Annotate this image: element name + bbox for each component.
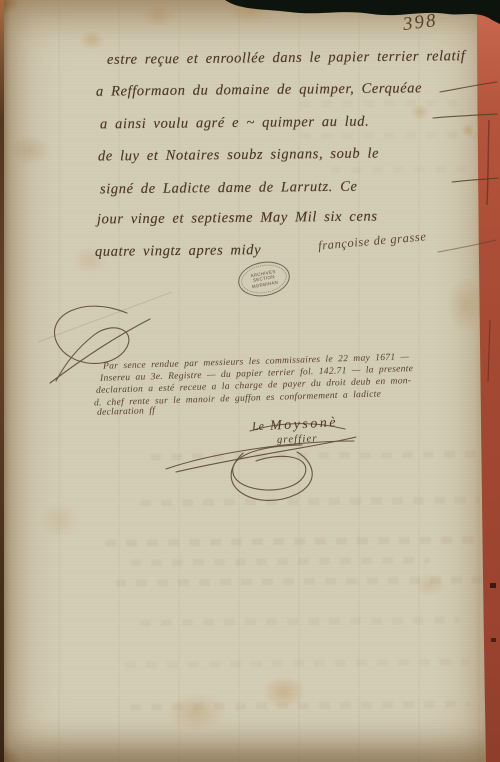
manuscript-line: de luy et Notaires soubz signans, soub l… bbox=[98, 146, 379, 166]
clerk-signature-title: greffier bbox=[277, 433, 318, 445]
folio-number: 398 bbox=[402, 10, 439, 36]
manuscript-photo: 398 estre reçue et enroollée dans le pap… bbox=[0, 0, 500, 762]
manuscript-line: quatre vingtz apres midy bbox=[95, 242, 261, 261]
registration-note-line: declaration ff bbox=[97, 406, 155, 418]
archive-stamp-line: Section bbox=[253, 274, 276, 283]
verso-show-through bbox=[300, 99, 470, 107]
manuscript-line: jour vinge et septiesme May Mil six cens bbox=[97, 209, 378, 229]
clerk-signature-prefix: Le bbox=[251, 419, 264, 435]
archive-stamp-line: Morbihan bbox=[251, 279, 278, 289]
manuscript-line: signé de Ladicte dame de Larrutz. Ce bbox=[100, 179, 358, 199]
archive-stamp-line: Archives bbox=[250, 268, 276, 278]
verso-show-through bbox=[330, 165, 480, 173]
manuscript-line: a Refformaon du domaine de quimper, Cerq… bbox=[96, 80, 422, 100]
manuscript-line: a ainsi voulu agré e ~ quimper au lud. bbox=[100, 114, 369, 134]
binding-edge bbox=[0, 0, 4, 762]
